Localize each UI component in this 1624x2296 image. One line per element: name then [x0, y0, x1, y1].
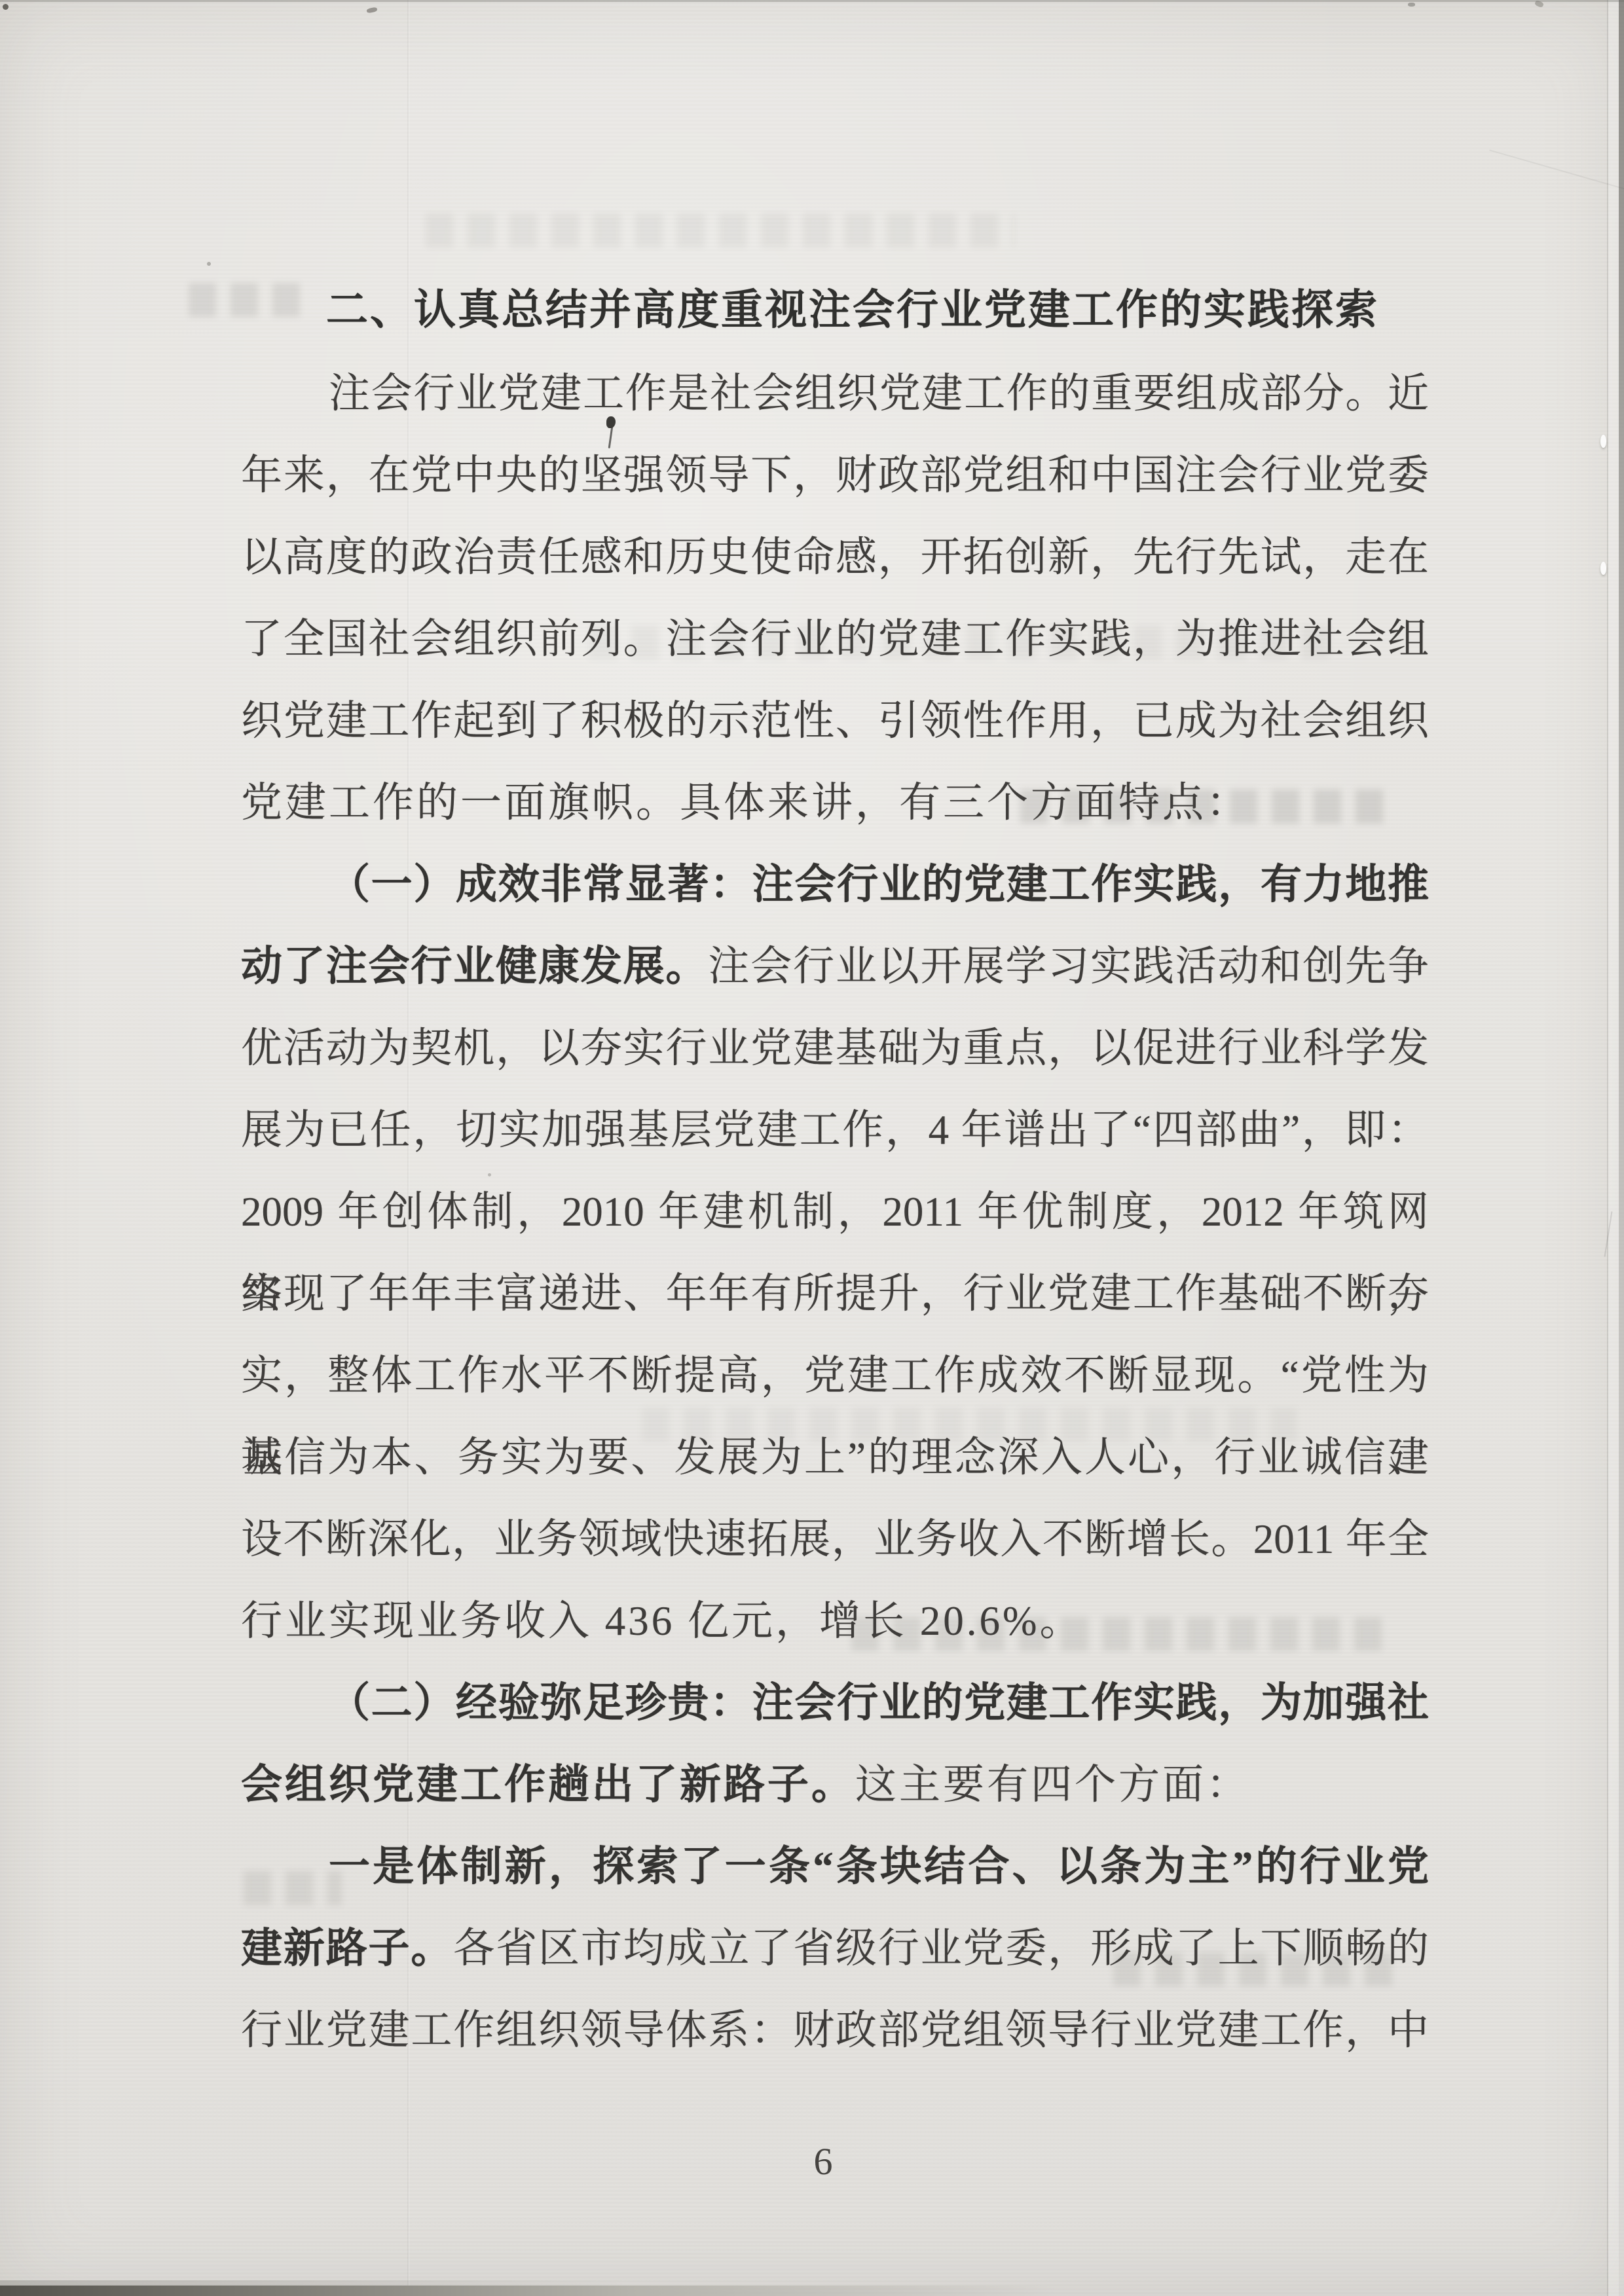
text-segment: 行业党建工作组织领导体系：财政部党组领导行业党建工作，中 — [241, 2007, 1429, 2053]
page-top-edge-line — [0, 0, 1624, 2]
scanned-document-page: 二、认真总结并高度重视注会行业党建工作的实践探索 注会行业党建工作是社会组织党建… — [0, 0, 1624, 2296]
text-line: 会组织党建工作趟出了新路子。这主要有四个方面： — [241, 1744, 1429, 1826]
text-segment: 织党建工作起到了积极的示范性、引领性作用，已成为社会组织 — [241, 698, 1429, 744]
text-segment: 建新路子。 — [241, 1925, 453, 1971]
page-right-edge-shadow — [1619, 0, 1624, 2296]
text-segment: 以高度的政治责任感和历史使命感，开拓创新，先行先试，走在 — [241, 534, 1429, 580]
text-segment: 展为已任，切实加强基层党建工作，4 年谱出了“四部曲”，即： — [241, 1107, 1429, 1153]
text-segment: 会组织党建工作趟出了新路子。 — [241, 1762, 855, 1808]
text-segment: 实现了年年丰富递进、年年有所提升，行业党建工作基础不断夯 — [241, 1271, 1429, 1317]
text-line: （二）经验弥足珍贵：注会行业的党建工作实践，为加强社 — [241, 1662, 1429, 1744]
text-line: 建新路子。各省区市均成立了省级行业党委，形成了上下顺畅的 — [241, 1908, 1429, 1990]
text-line: 诚信为本、务实为要、发展为上”的理念深入人心，行业诚信建 — [241, 1417, 1429, 1499]
text-line: 优活动为契机，以夯实行业党建基础为重点，以促进行业科学发 — [241, 1008, 1429, 1089]
text-segment: （二）经验弥足珍贵：注会行业的党建工作实践，为加强社 — [329, 1680, 1429, 1726]
text-segment: 优活动为契机，以夯实行业党建基础为重点，以促进行业科学发 — [241, 1025, 1429, 1071]
text-line: （一）成效非常显著：注会行业的党建工作实践，有力地推 — [241, 844, 1429, 926]
staple-dent — [1600, 562, 1606, 575]
text-segment: 诚信为本、务实为要、发展为上”的理念深入人心，行业诚信建 — [241, 1434, 1429, 1480]
text-segment: 一是体制新，探索了一条“条块结合、以条为主”的行业党 — [329, 1844, 1429, 1889]
text-line: 实，整体工作水平不断提高，党建工作成效不断显现。“党性为基、 — [241, 1335, 1429, 1417]
text-segment: 这主要有四个方面： — [855, 1762, 1250, 1808]
text-segment: 了全国社会组织前列。注会行业的党建工作实践，为推进社会组 — [241, 616, 1429, 662]
text-line: 行业党建工作组织领导体系：财政部党组领导行业党建工作，中 — [241, 1990, 1429, 2071]
staple-dent — [1600, 435, 1606, 448]
text-segment: （一）成效非常显著：注会行业的党建工作实践，有力地推 — [329, 862, 1429, 907]
text-line: 以高度的政治责任感和历史使命感，开拓创新，先行先试，走在 — [241, 517, 1429, 598]
text-line: 行业实现业务收入 436 亿元，增长 20.6%。 — [241, 1580, 1429, 1662]
text-segment: 设不断深化，业务领域快速拓展，业务收入不断增长。2011 年全 — [241, 1516, 1429, 1562]
paper-diagonal-crease — [1489, 149, 1624, 192]
document-lines: 注会行业党建工作是社会组织党建工作的重要组成部分。近年来，在党中央的坚强领导下，… — [241, 353, 1429, 2071]
text-segment: 动了注会行业健康发展。 — [241, 943, 708, 989]
text-line: 动了注会行业健康发展。注会行业以开展学习实践活动和创先争 — [241, 926, 1429, 1008]
text-line: 一是体制新，探索了一条“条块结合、以条为主”的行业党 — [241, 1826, 1429, 1908]
text-line: 实现了年年丰富递进、年年有所提升，行业党建工作基础不断夯 — [241, 1253, 1429, 1335]
text-line: 2009 年创体制，2010 年建机制，2011 年优制度，2012 年筑网络， — [241, 1171, 1429, 1253]
text-line: 注会行业党建工作是社会组织党建工作的重要组成部分。近 — [241, 353, 1429, 435]
bleedthrough-ghost-text — [426, 213, 1015, 247]
scan-speck — [366, 7, 377, 13]
text-line: 了全国社会组织前列。注会行业的党建工作实践，为推进社会组 — [241, 598, 1429, 680]
text-line: 设不断深化，业务领域快速拓展，业务收入不断增长。2011 年全 — [241, 1499, 1429, 1580]
text-segment: 年来，在党中央的坚强领导下，财政部党组和中国注会行业党委 — [241, 452, 1429, 498]
text-segment: 各省区市均成立了省级行业党委，形成了上下顺畅的 — [453, 1925, 1429, 1971]
text-segment: 行业实现业务收入 436 亿元，增长 20.6%。 — [241, 1598, 1083, 1644]
page-number: 6 — [0, 2140, 1624, 2183]
scan-speck — [1408, 3, 1415, 7]
text-line: 年来，在党中央的坚强领导下，财政部党组和中国注会行业党委 — [241, 435, 1429, 517]
scan-speck — [3, 4, 9, 10]
text-line: 党建工作的一面旗帜。具体来讲，有三个方面特点： — [241, 762, 1429, 844]
page-bottom-edge-shadow — [0, 2286, 1146, 2296]
text-segment: 注会行业党建工作是社会组织党建工作的重要组成部分。近 — [329, 371, 1429, 416]
text-segment: 党建工作的一面旗帜。具体来讲，有三个方面特点： — [241, 780, 1250, 826]
scan-speck — [207, 262, 211, 266]
text-line: 展为已任，切实加强基层党建工作，4 年谱出了“四部曲”，即： — [241, 1089, 1429, 1171]
document-title: 二、认真总结并高度重视注会行业党建工作的实践探索 — [241, 287, 1429, 333]
text-line: 织党建工作起到了积极的示范性、引领性作用，已成为社会组织 — [241, 680, 1429, 762]
text-segment: 注会行业以开展学习实践活动和创先争 — [708, 943, 1429, 989]
